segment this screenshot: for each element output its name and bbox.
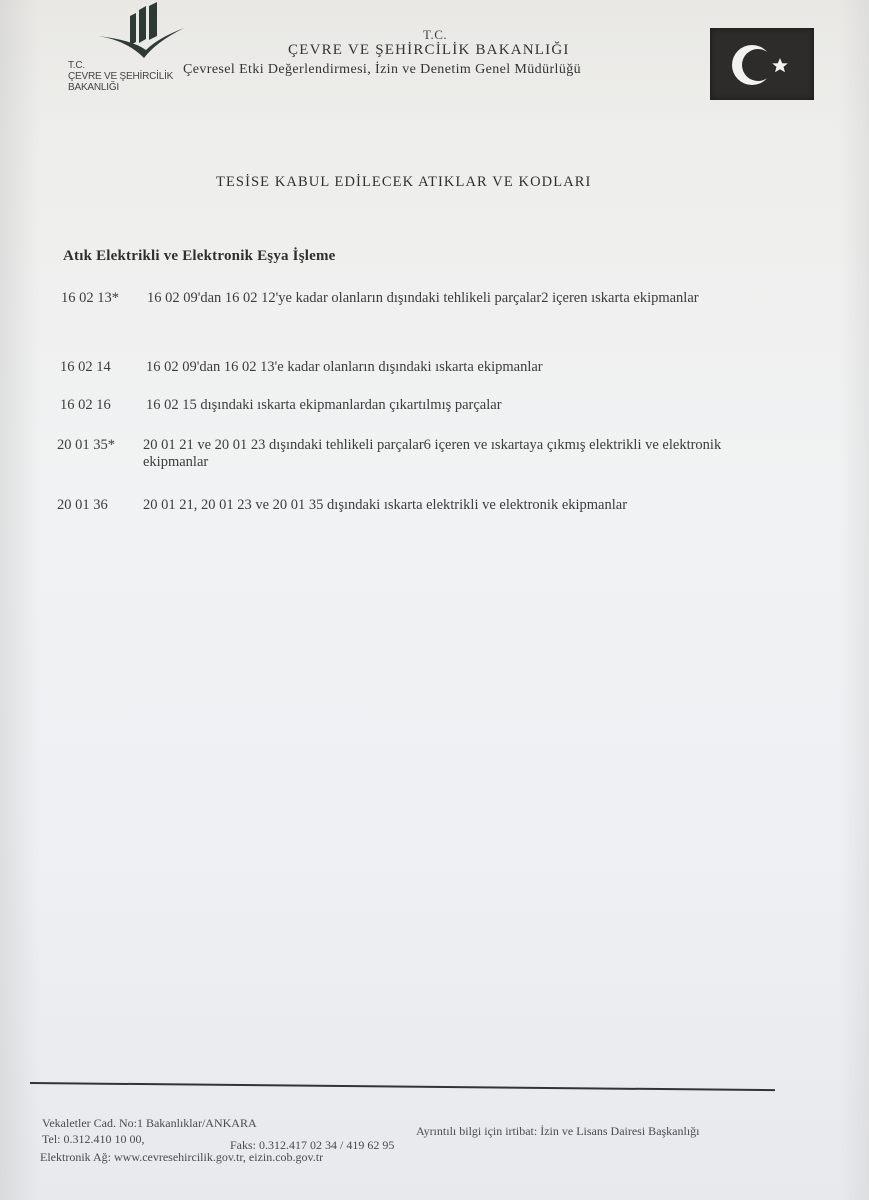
turkish-flag-icon xyxy=(710,28,814,100)
logo-caption: T.C. ÇEVRE VE ŞEHİRCİLİK BAKANLIĞI xyxy=(68,60,173,93)
waste-description: 16 02 09'dan 16 02 12'ye kadar olanların… xyxy=(147,290,757,307)
header-directorate-name: Çevresel Etki Değerlendirmesi, İzin ve D… xyxy=(183,62,581,78)
waste-code: 16 02 14 xyxy=(60,359,111,376)
page-shadow-right xyxy=(839,0,869,1200)
footer-tel: Tel: 0.312.410 10 00, xyxy=(42,1132,145,1147)
footer-address: Vekaletler Cad. No:1 Bakanlıklar/ANKARA xyxy=(42,1116,257,1131)
section-heading: Atık Elektrikli ve Elektronik Eşya İşlem… xyxy=(63,248,336,265)
waste-code: 20 01 36 xyxy=(57,497,108,514)
header-ministry-name: ÇEVRE VE ŞEHİRCİLİK BAKANLIĞI xyxy=(288,42,570,59)
document-page: T.C. ÇEVRE VE ŞEHİRCİLİK BAKANLIĞI T.C. … xyxy=(0,0,869,1200)
footer-contact-info: Ayrıntılı bilgi için irtibat: İzin ve Li… xyxy=(416,1124,700,1139)
waste-code: 20 01 35* xyxy=(57,437,115,454)
crescent-star-icon xyxy=(710,28,814,100)
footer-web: Elektronik Ağ: www.cevresehircilik.gov.t… xyxy=(40,1150,323,1165)
waste-description: 20 01 21 ve 20 01 23 dışındaki tehlikeli… xyxy=(143,437,788,471)
waste-code: 16 02 16 xyxy=(60,397,111,414)
waste-description: 20 01 21, 20 01 23 ve 20 01 35 dışındaki… xyxy=(143,497,843,514)
header-tc: T.C. xyxy=(423,27,447,43)
footer-divider xyxy=(30,1082,775,1091)
waste-description: 16 02 15 dışındaki ıskarta ekipmanlardan… xyxy=(146,397,796,414)
page-shadow-left xyxy=(0,0,40,1200)
ministry-logo-icon xyxy=(96,2,186,62)
waste-description: 16 02 09'dan 16 02 13'e kadar olanların … xyxy=(146,359,796,376)
document-title: TESİSE KABUL EDİLECEK ATIKLAR VE KODLARI xyxy=(216,174,591,191)
waste-code: 16 02 13* xyxy=(61,290,119,307)
